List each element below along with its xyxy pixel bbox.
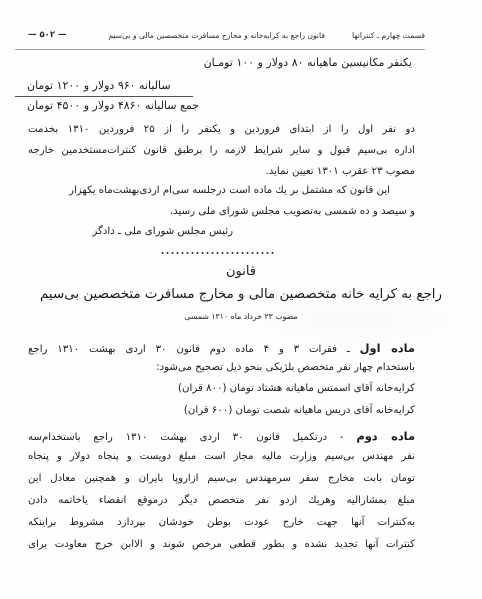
article-2-line: تومان بابت مخارج سفر سرمهندس بی‌سیم ازار… — [28, 473, 415, 484]
article-2-line: کنترات آنها تجدید نشده و بطور قطعی مرخص … — [28, 539, 415, 550]
page-number: — ۵۰۲ — — [28, 30, 66, 40]
article-1-text: ـ فقرات ۳ و ۴ ماده دوم قانون ۳۰ اردی بهش… — [28, 344, 360, 355]
law-date: مصوب ۲۳ خرداد ماه ۱۳۱۰ شمسی — [0, 312, 482, 321]
signature: رئیس مجلس شورای ملی ـ دادگر — [92, 226, 233, 237]
article-1-line: کرایه‌خانه آقای اسمتس ماهیانه هشتاد توما… — [178, 383, 415, 394]
article-2-line: مبلغ بمشارالیه وهریك ازدو نفر متخصص دیگر… — [28, 495, 415, 506]
section-divider — [160, 251, 276, 255]
header-section: قسمت چهارم ـ کنتراتها — [352, 31, 425, 40]
article-2-line: به‌کنترات آنها جهت خارج عودت بوطن خودشان… — [28, 517, 415, 528]
article-1-line: کرایه‌خانه آقای دریس ماهیانه شصت تومان (… — [184, 405, 415, 416]
salary-yearly: سالیانه ۹۶۰ دولار و ۱۲۰۰ تومان — [27, 79, 171, 92]
paragraph-line: مصوب ۲۳ عقرب ۱۳۰۱ تعیین نماید. — [265, 166, 415, 177]
paragraph-line: دو نفر اول را از ابتدای فروردین و یکنفر … — [28, 124, 415, 135]
document-page: قسمت چهارم ـ کنتراتها قانون راجع به کرای… — [0, 0, 482, 599]
sum-rule — [15, 96, 193, 97]
article-1-line: ماده اول ـ فقرات ۳ و ۴ ماده دوم قانون ۳۰… — [28, 341, 415, 355]
enactment-line: و سیصد و ده شمسی به‌تصویب مجلس شورای ملی… — [170, 206, 415, 217]
article-1-label: ماده اول — [360, 341, 415, 355]
running-header: قسمت چهارم ـ کنتراتها قانون راجع به کرای… — [28, 30, 425, 44]
law-title: راجع به کرایه خانه متخصصین مالی و مخارج … — [0, 287, 482, 302]
article-2-line: نفر مهندس بی‌سیم وزارت مالیه مجاز است مب… — [28, 451, 415, 462]
paragraph-line: اداره بی‌سیم قبول و سایر شرایط لازمه را … — [28, 145, 415, 156]
enactment-line: این قانون که مشتمل بر یك ماده است درجلسه… — [69, 185, 390, 196]
article-2-label: ماده دوم — [356, 429, 415, 443]
article-2-line: ماده دوم - درتکمیل قانون ۳۰ اردی بهشت ۱۳… — [28, 429, 415, 443]
article-2-text: - درتکمیل قانون ۳۰ اردی بهشت ۱۳۱۰ راجع ب… — [28, 432, 356, 443]
salary-monthly: یکنفر مکانیسین ماهیانه ۸۰ دولار و ۱۰۰ تو… — [204, 56, 412, 69]
salary-total: جمع سالیانه ۴۸۶۰ دولار و ۴۵۰۰ تومان — [27, 99, 199, 112]
article-1-line: باستخدام چهار نفر متخصص بلژیکی بنحو ذیل … — [156, 362, 415, 373]
law-heading: قانون — [0, 264, 482, 279]
header-title: قانون راجع به کرایه‌خانه و مخارج مسافرت … — [108, 31, 325, 40]
header-rule — [15, 49, 425, 50]
